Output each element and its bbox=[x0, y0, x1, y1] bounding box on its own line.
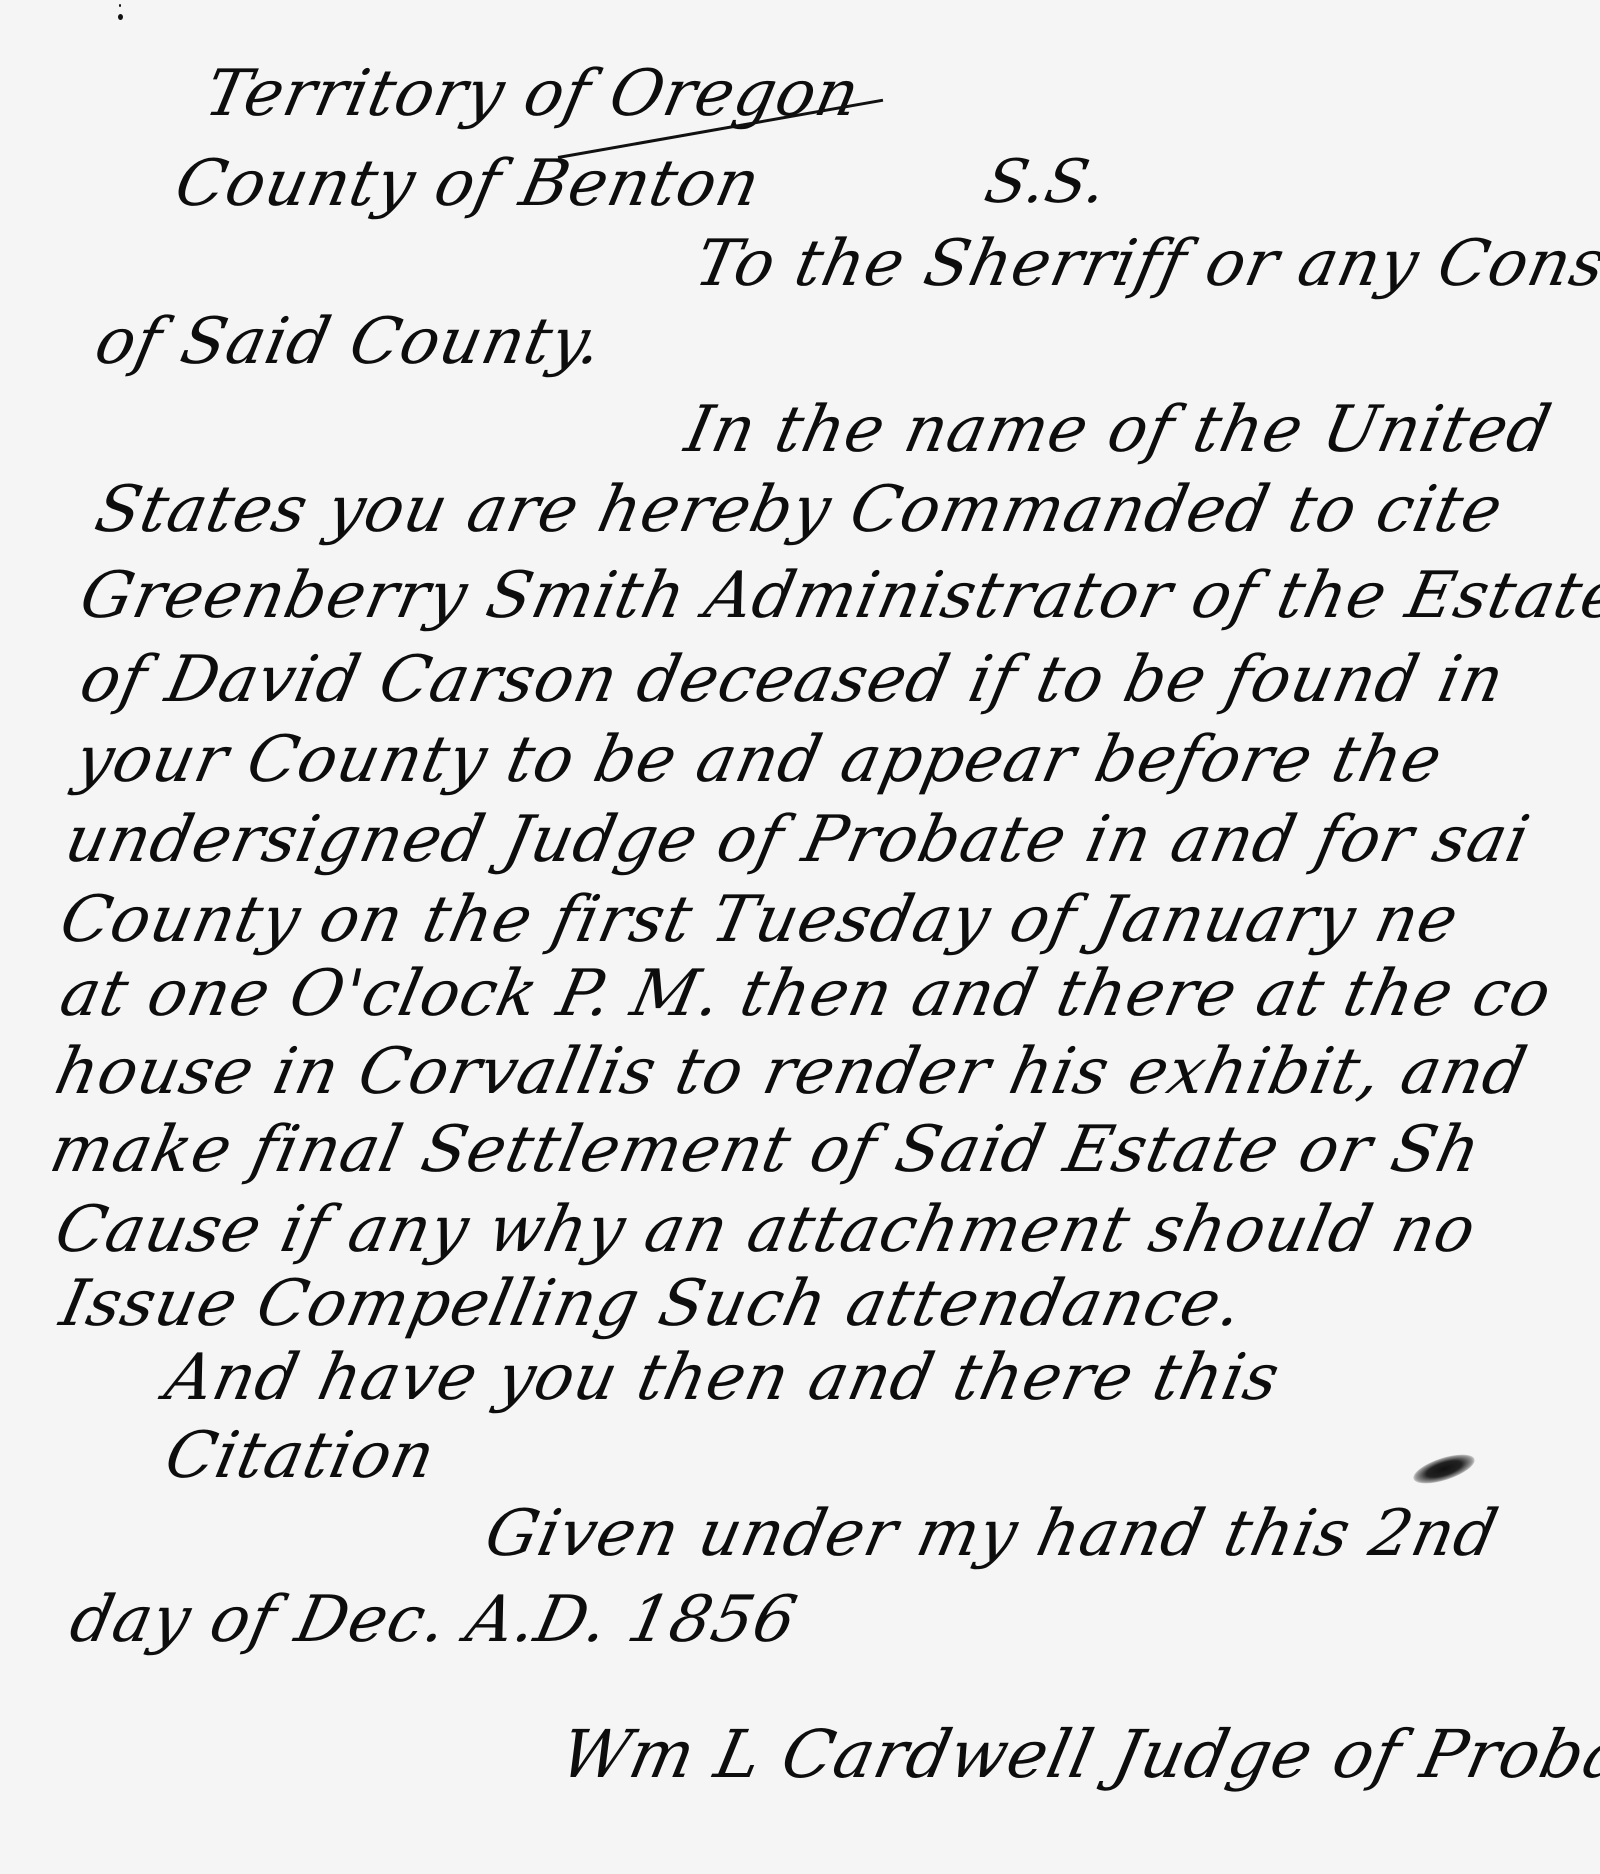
given-line-1: Given under my hand this 2nd bbox=[480, 1502, 1504, 1566]
address-line-2: of Said County. bbox=[90, 310, 609, 374]
closing-line-1: And have you then and there this bbox=[160, 1346, 1285, 1410]
body-line-4: of David Carson deceased if to be found … bbox=[75, 648, 1510, 712]
body-line-5: your County to be and appear before the bbox=[70, 728, 1448, 792]
ink-speck bbox=[118, 14, 123, 20]
body-line-2: States you are hereby Commanded to cite bbox=[90, 478, 1508, 542]
ink-blot bbox=[1410, 1449, 1478, 1490]
body-line-12: Issue Compelling Such attendance. bbox=[55, 1272, 1249, 1336]
body-line-6: undersigned Judge of Probate in and for … bbox=[60, 808, 1535, 872]
address-line-1: To the Sherriff or any Consta bbox=[690, 232, 1600, 296]
body-line-11: Cause if any why an attachment should no bbox=[50, 1198, 1482, 1262]
ss-mark: S.S. bbox=[980, 152, 1113, 212]
body-line-7: County on the first Tuesday of January n… bbox=[55, 888, 1464, 952]
caption-territory: Territory of Oregon bbox=[200, 62, 865, 126]
ink-speck bbox=[119, 4, 121, 7]
signature: Wm L Cardwell Judge of Probate bbox=[555, 1722, 1600, 1788]
document-page: Territory of Oregon County of Benton S.S… bbox=[0, 0, 1600, 1874]
body-line-3: Greenberry Smith Administrator of the Es… bbox=[75, 564, 1600, 628]
body-line-1: In the name of the United bbox=[680, 398, 1557, 462]
closing-line-2: Citation bbox=[160, 1424, 441, 1488]
body-line-10: make final Settlement of Said Estate or … bbox=[45, 1118, 1486, 1182]
body-line-8: at one O'clock P. M. then and there at t… bbox=[55, 962, 1557, 1026]
given-line-2: day of Dec. A.D. 1856 bbox=[65, 1588, 803, 1652]
body-line-9: house in Corvallis to render his exhibit… bbox=[50, 1040, 1532, 1104]
caption-county: County of Benton bbox=[170, 152, 766, 216]
